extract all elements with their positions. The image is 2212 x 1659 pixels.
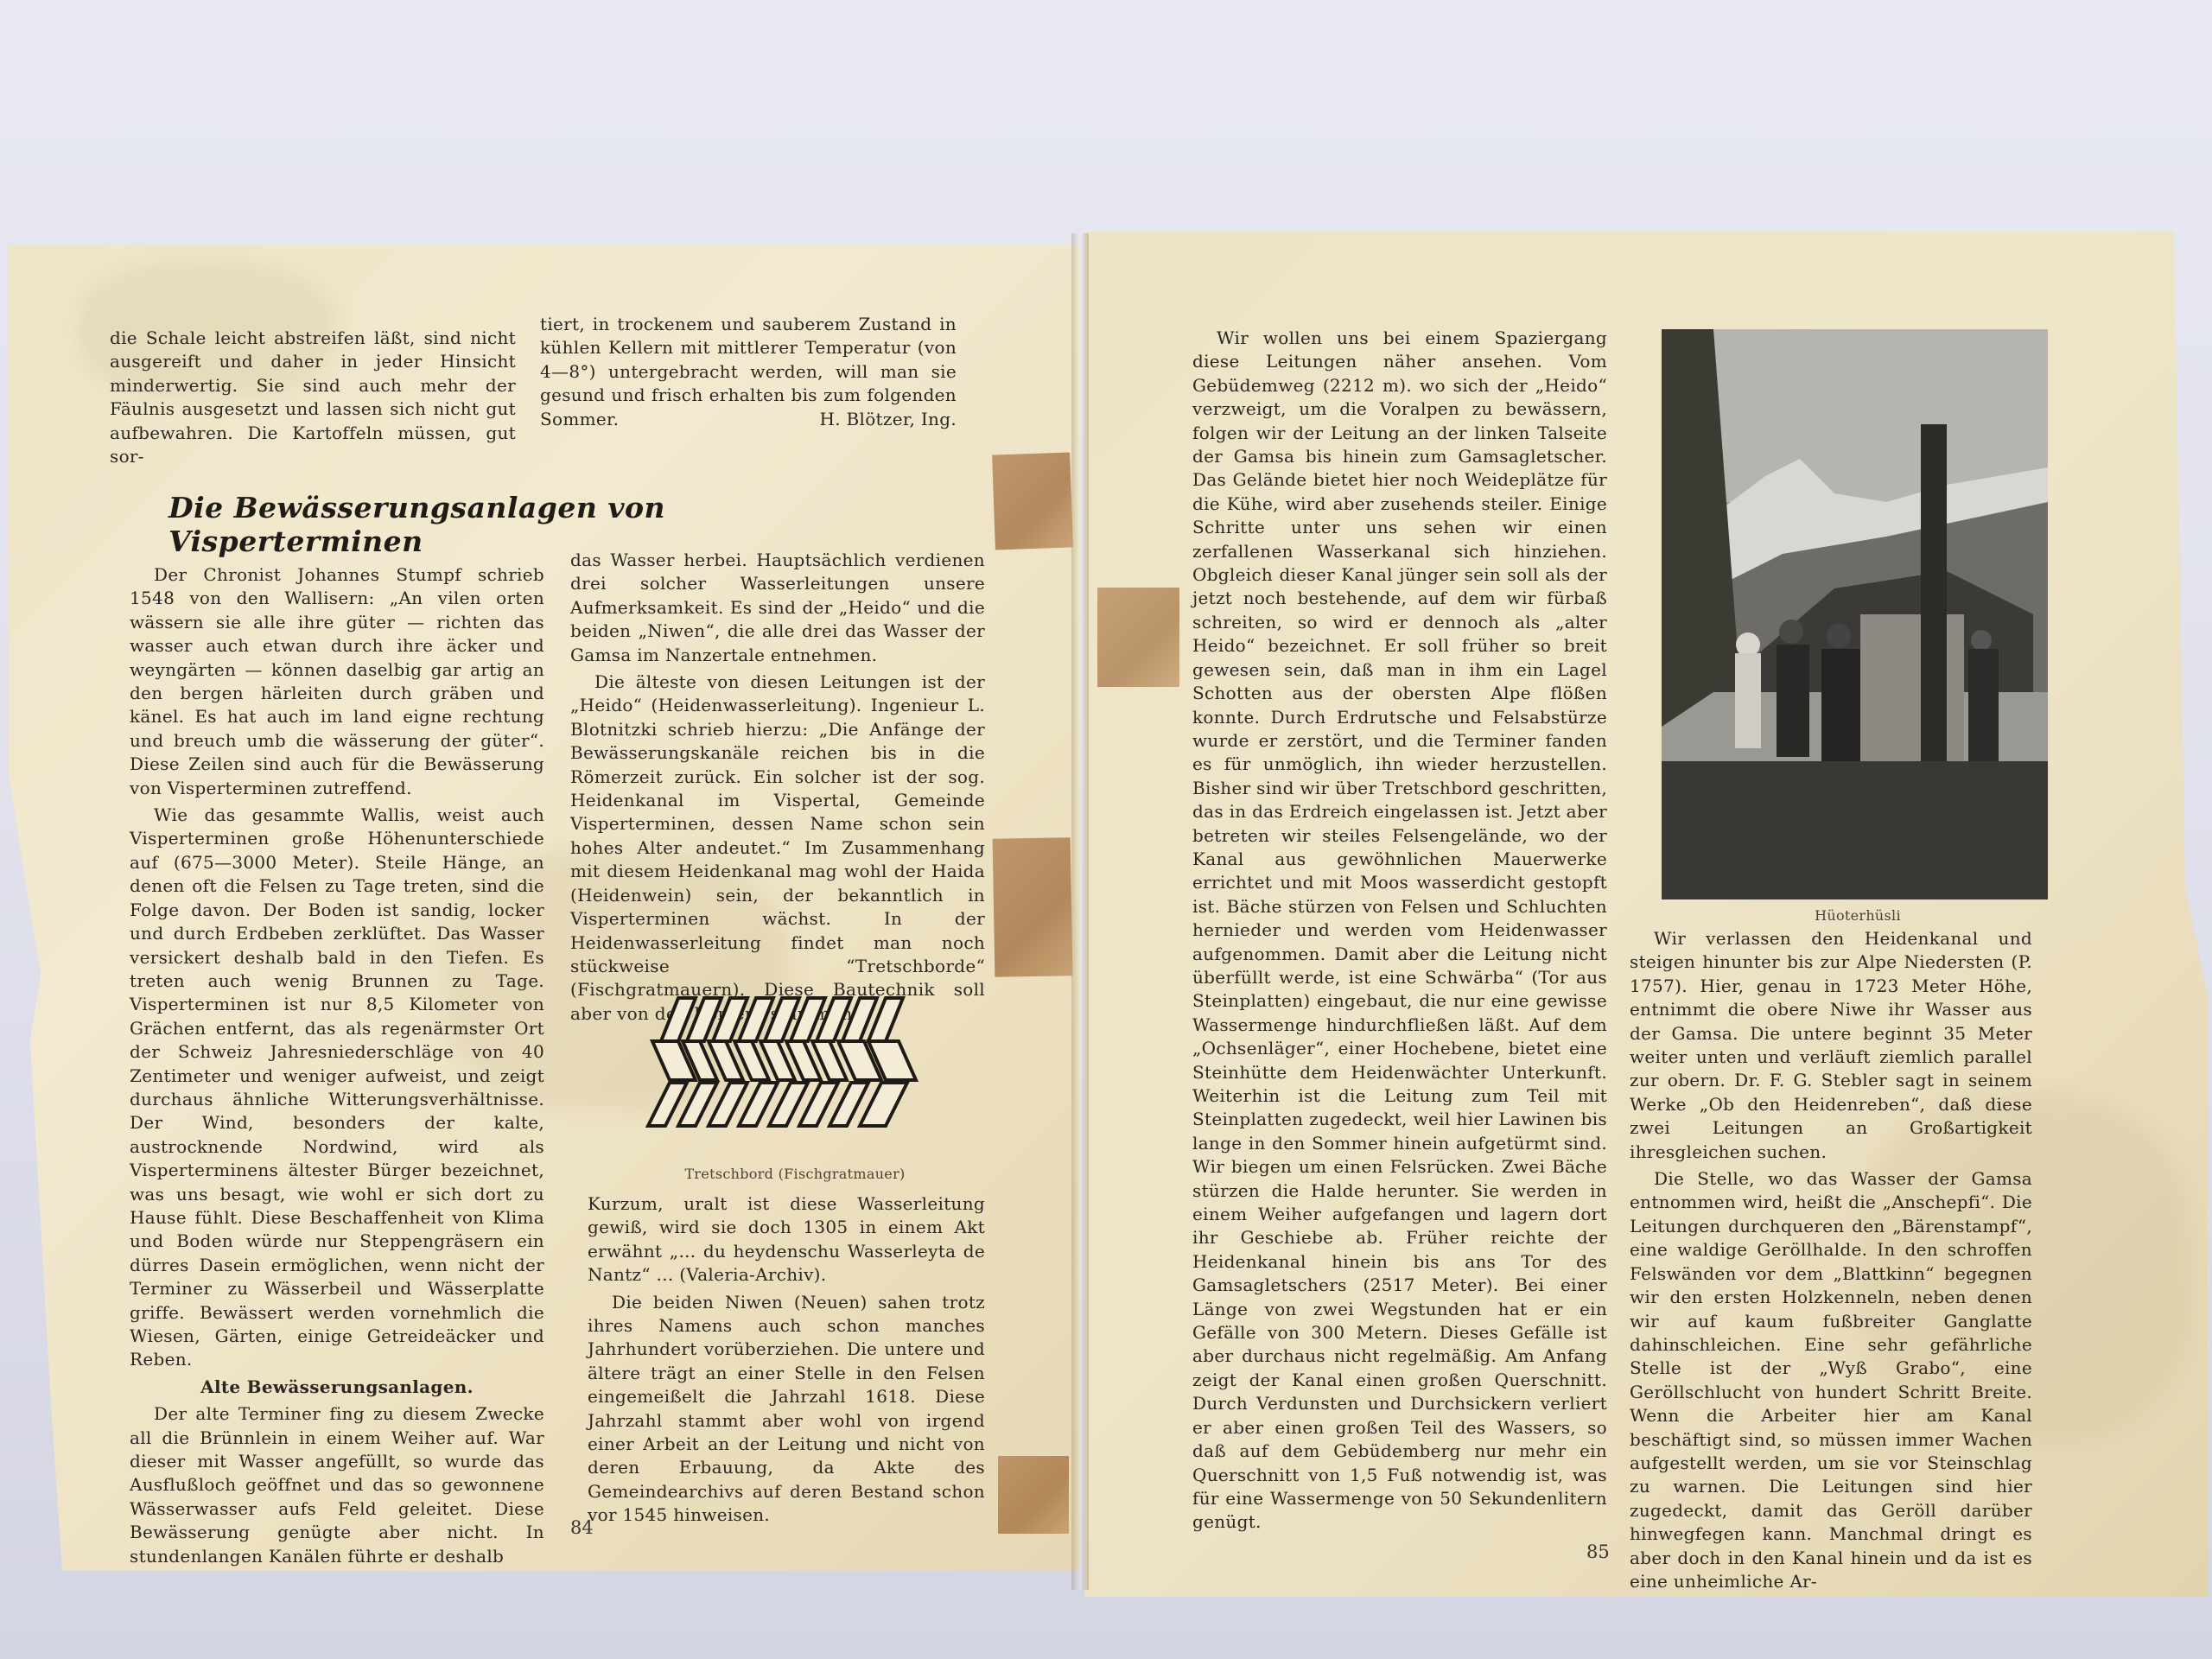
paragraph: Kurzum, uralt ist diese Wasserleitung ge… [588,1192,985,1287]
tape-strip [1097,588,1179,687]
herringbone-icon [644,989,938,1132]
book-spine-fold [1071,233,1089,1590]
left-col2: das Wasser herbei. Hauptsächlich verdien… [570,549,985,1026]
herringbone-wall-illustration [644,989,938,1132]
paragraph: tiert, in trockenem und sauberem Zustand… [540,313,957,431]
paragraph: Die beiden Niwen (Neuen) sahen trotz ihr… [588,1291,985,1528]
page-number-right: 85 [1586,1541,1610,1562]
right-col2: Wir verlassen den Heidenkanal und steige… [1630,927,2032,1593]
hut-photograph [1662,329,2048,899]
tape-strip [998,1456,1069,1534]
tape-strip [992,452,1073,550]
paragraph: Die Stelle, wo das Wasser der Gamsa entn… [1630,1167,2032,1593]
photo-caption: Hüoterhüsli [1694,904,2022,927]
left-col1: Der Chronist Johannes Stumpf schrieb 154… [130,563,544,1568]
left-top-col2: tiert, in trockenem und sauberem Zustand… [540,313,957,431]
left-col2-after: Kurzum, uralt ist diese Wasserleitung ge… [588,1192,985,1528]
page-number-left: 84 [570,1517,594,1538]
figure-caption: Tretschbord (Fischgratmauer) [639,1162,950,1185]
paragraph: Wir wollen uns bei einem Spaziergang die… [1192,327,1607,1535]
section-subheading: Alte Bewässerungsanlagen. [130,1376,544,1399]
paragraph: Die älteste von diesen Leitungen ist der… [570,671,985,1026]
paragraph: Wie das gesammte Wallis, weist auch Visp… [130,804,544,1372]
paragraph: Der alte Terminer fing zu diesem Zwecke … [130,1402,544,1568]
paragraph: Der Chronist Johannes Stumpf schrieb 154… [130,563,544,800]
tape-strip [993,837,1073,977]
left-top-col1: die Schale leicht abstreifen läßt, sind … [110,327,516,468]
paragraph: das Wasser herbei. Hauptsächlich verdien… [570,549,985,667]
paragraph: Wir verlassen den Heidenkanal und steige… [1630,927,2032,1164]
right-col1: Wir wollen uns bei einem Spaziergang die… [1192,327,1607,1535]
author-signature: H. Blötzer, Ing. [819,408,957,431]
paragraph: die Schale leicht abstreifen läßt, sind … [110,327,516,468]
mountain-hut-photo-icon [1662,329,2048,899]
